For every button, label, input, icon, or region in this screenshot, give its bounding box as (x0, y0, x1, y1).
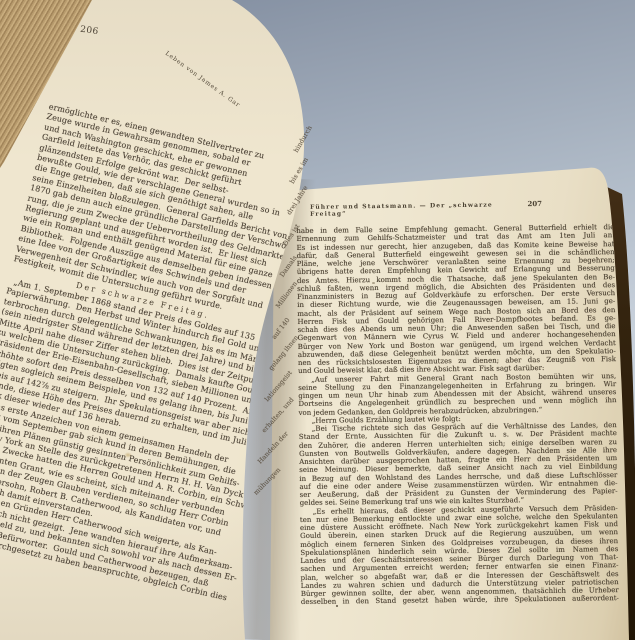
open-book-photo: Führer und Staatsmann. — Der „schwarze F… (0, 0, 635, 640)
right-page-number: 207 (527, 199, 542, 208)
right-running-header: Führer und Staatsmann. — Der „schwarze F… (310, 199, 542, 218)
right-header-title: Führer und Staatsmann. — Der „schwarze F… (310, 201, 528, 218)
right-page-content: Führer und Staatsmann. — Der „schwarze F… (296, 198, 623, 606)
ink-dot (336, 605, 338, 607)
page-stain (124, 452, 132, 458)
right-page-text: habe in dem Falle seine Empfehlung gemac… (296, 223, 619, 606)
page-speck (372, 282, 375, 284)
